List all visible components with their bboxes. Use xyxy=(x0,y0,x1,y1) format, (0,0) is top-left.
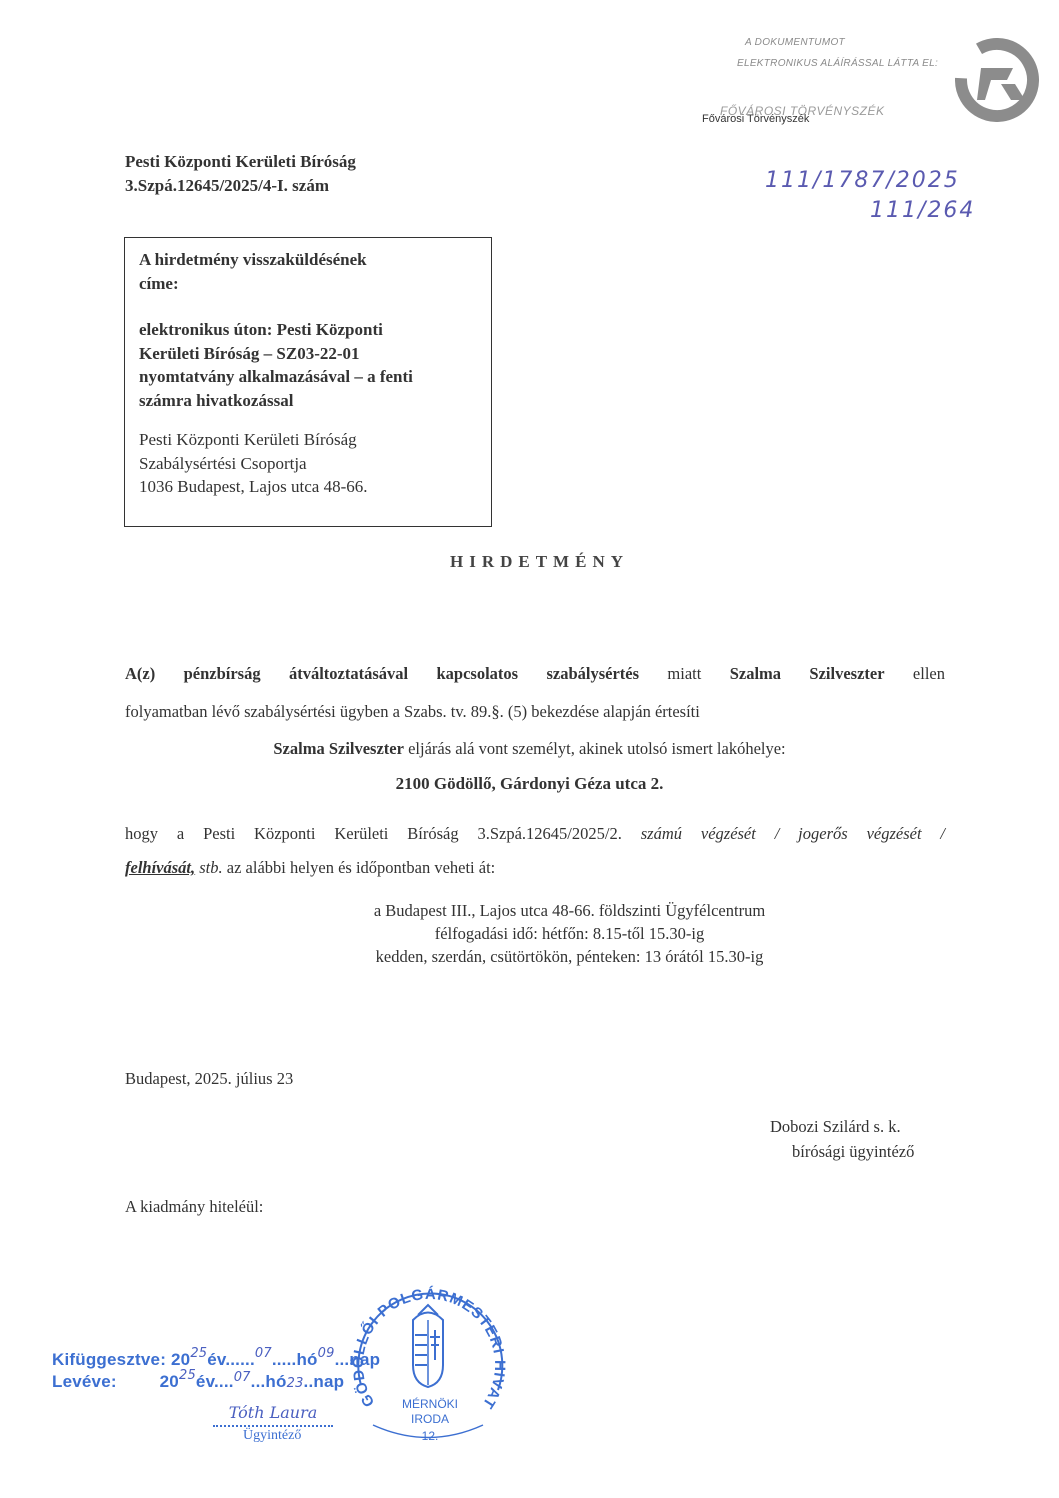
year-prefix: 20 xyxy=(160,1372,179,1391)
removed-date-row: Levéve: 2025év....07...hó23..nap xyxy=(52,1372,344,1392)
posted-date-row: Kifüggesztve: 2025év......07.....hó09...… xyxy=(52,1350,380,1370)
return-address-box: A hirdetmény visszaküldésének címe: elek… xyxy=(124,237,492,527)
handwritten-reference-1: 111/1787/2025 xyxy=(765,168,960,193)
text-fragment: ellen xyxy=(885,664,945,683)
clerk-signature-line: Tóth Laura xyxy=(213,1403,333,1427)
certified-copy-label: A kiadmány hiteléül: xyxy=(125,1188,263,1226)
body-paragraph-2: folyamatban lévő szabálysértési ügyben a… xyxy=(125,693,700,731)
handwritten-day: 23 xyxy=(287,1376,304,1391)
place-and-date: Budapest, 2025. július 23 xyxy=(125,1060,293,1098)
esignature-line1: A DOKUMENTUMOT xyxy=(745,37,845,48)
body-paragraph-3: Szalma Szilveszter eljárás alá vont szem… xyxy=(0,730,1059,768)
signer-name: Dobozi Szilárd s. k. xyxy=(770,1115,901,1139)
stamp-center-line-2: IRODA xyxy=(411,1412,449,1426)
clerk-label: Ügyintéző xyxy=(243,1428,301,1444)
handwritten-month: 07 xyxy=(234,1370,251,1385)
removed-label: Levéve: xyxy=(52,1372,117,1391)
return-electronic-1: elektronikus úton: Pesti Központi xyxy=(139,318,477,342)
selected-document-type: felhívását, xyxy=(125,858,195,877)
handwritten-day: 09 xyxy=(318,1346,335,1361)
case-number: 3.Szpá.12645/2025/4-I. szám xyxy=(125,174,329,198)
last-known-address: 2100 Gödöllő, Gárdonyi Géza utca 2. xyxy=(0,765,1059,803)
stamp-center-line-1: MÉRNÖKI xyxy=(402,1396,458,1411)
official-round-stamp: GÖDÖLLŐI POLGÁRMESTERI HIVATAL MÉRNÖKI I… xyxy=(343,1275,513,1445)
pickup-location: a Budapest III., Lajos utca 48-66. földs… xyxy=(0,899,1059,968)
offense-description: A(z) pénzbírság átváltoztatásával kapcso… xyxy=(125,664,639,683)
text-fragment: miatt xyxy=(639,664,730,683)
body-paragraph-4: hogy a Pesti Központi Kerületi Bíróság 3… xyxy=(125,815,945,853)
year-word: év xyxy=(207,1350,225,1369)
svg-text:GÖDÖLLŐI POLGÁRMESTERI HIVATAL: GÖDÖLLŐI POLGÁRMESTERI HIVATAL xyxy=(343,1275,508,1411)
person-name: Szalma Szilveszter xyxy=(273,739,404,758)
document-type-options: számú végzését / jogerős végzését / xyxy=(641,824,945,843)
esignature-court-plain: Fővárosi Törvényszék xyxy=(702,113,809,125)
return-heading-1: A hirdetmény visszaküldésének xyxy=(139,248,477,272)
return-address-3: 1036 Budapest, Lajos utca 48-66. xyxy=(139,475,477,499)
return-heading-2: címe: xyxy=(139,272,477,296)
return-address-2: Szabálysértési Csoportja xyxy=(139,452,477,476)
day-word: nap xyxy=(313,1372,344,1391)
court-name: Pesti Központi Kerületi Bíróság xyxy=(125,150,356,174)
return-electronic-4: számra hivatkozással xyxy=(139,389,477,413)
hungarian-coat-of-arms-icon xyxy=(413,1305,443,1387)
handwritten-reference-2: 111/264 xyxy=(870,198,975,223)
court-logo-icon xyxy=(955,38,1039,122)
stamp-ring-text: GÖDÖLLŐI POLGÁRMESTERI HIVATAL xyxy=(343,1275,508,1411)
text-fragment: stb. xyxy=(195,858,223,877)
text-fragment: hogy a Pesti Központi Kerületi Bíróság 3… xyxy=(125,824,641,843)
stamp-number: 12. xyxy=(422,1429,439,1443)
month-word: hó xyxy=(265,1372,286,1391)
pickup-line-2: félfogadási idő: hétfőn: 8.15-től 15.30-… xyxy=(80,922,1059,945)
handwritten-month: 07 xyxy=(255,1346,272,1361)
pickup-line-3: kedden, szerdán, csütörtökön, pénteken: … xyxy=(80,945,1059,968)
person-name: Szalma Szilveszter xyxy=(730,664,885,683)
pickup-line-1: a Budapest III., Lajos utca 48-66. földs… xyxy=(80,899,1059,922)
year-prefix: 20 xyxy=(171,1350,190,1369)
month-word: hó xyxy=(296,1350,317,1369)
posted-label: Kifüggesztve: xyxy=(52,1350,166,1369)
return-electronic-3: nyomtatvány alkalmazásával – a fenti xyxy=(139,365,477,389)
year-word: év xyxy=(196,1372,214,1391)
esignature-line2: ELEKTRONIKUS ALÁÍRÁSSAL LÁTTA EL: xyxy=(737,58,938,69)
handwritten-signature: Tóth Laura xyxy=(229,1403,318,1422)
return-electronic-2: Kerületi Bíróság – SZ03-22-01 xyxy=(139,342,477,366)
body-paragraph-1: A(z) pénzbírság átváltoztatásával kapcso… xyxy=(125,655,945,693)
text-fragment: eljárás alá vont személyt, akinek utolsó… xyxy=(404,739,786,758)
signer-title: bírósági ügyintéző xyxy=(792,1140,914,1164)
text-fragment: az alábbi helyen és időpontban veheti át… xyxy=(223,858,496,877)
document-title: HIRDETMÉNY xyxy=(0,552,1059,572)
return-address-1: Pesti Központi Kerületi Bíróság xyxy=(139,428,477,452)
handwritten-year: 25 xyxy=(179,1368,196,1383)
handwritten-year: 25 xyxy=(190,1346,207,1361)
body-paragraph-5: felhívását, stb. az alábbi helyen és idő… xyxy=(125,849,495,887)
